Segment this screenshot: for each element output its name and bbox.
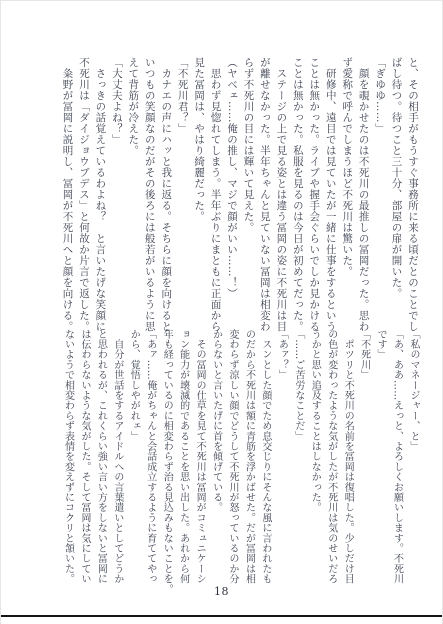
text-line: 年も経っているのに相変わらず治る見込みもないことを。 (158, 329, 174, 585)
text-line: の色が変わったような気がしたが不死川は気のせいだろ (322, 329, 338, 585)
text-line: から、覚悟しやがれェ」 (125, 329, 141, 585)
text-line: と思われるが、これくらい強い言い方をしないと冨岡に (92, 329, 108, 585)
text-line: 「ぎゆゆ……」 (372, 57, 388, 333)
text-line: ばし待つ。待つこと三十分、部屋の扉が開いた。 (388, 57, 404, 333)
text-line: 見た冨岡は、やはり綺麗だった。 (191, 57, 207, 333)
text-line: 「私のマネージャー、と」 (405, 329, 421, 585)
text-line: 顔を覗かせたのは不死川の最推しの冨岡だった。思わ (355, 57, 371, 333)
text-line: ないようで相変わらず表情を変えずにコクリと頷いた。 (59, 329, 75, 585)
text-line: （ヤベェ……俺の推し、マジで顔がいい……！） (224, 57, 240, 333)
text-line: 変わらず涼しい顔でどうして不死川が怒っているのか分 (224, 329, 240, 585)
text-line: 「あァ？」 (273, 329, 289, 585)
text-line: 思わず見惚れてしまう。半年ぶりにまともに正面から (207, 57, 223, 333)
text-line: えて背筋が冷えた。 (125, 57, 141, 333)
text-line: ステージの上で見る姿とは違う冨岡の姿に不死川は目 (273, 57, 289, 333)
text-line: カナエの声にハッと我に返る。そちらに顔を向けると (158, 57, 174, 333)
text-line: ポツリと不死川の名前を冨岡は復唱した。少しだけ目 (339, 329, 355, 585)
text-line: 粂野が冨岡に説明し、冨岡が不死川へと顔を向ける。 (59, 57, 75, 333)
text-line: 「不死川」 (355, 329, 371, 585)
text-line: ず愛称で呼んでしまうほど不死川は驚いた。 (339, 57, 355, 333)
text-line: ョン能力が壊滅的であることを思い出した。あれから何 (174, 329, 190, 585)
text-line: うかと思い追及することはしなかった。 (306, 329, 322, 585)
lower-text-block: 「私のマネージャー、と」「あ、ああ……えっと、よろしくお願いします。不死川です」… (59, 329, 421, 585)
text-line: のだから不死川は額に青筋を浮かばせた。だが冨岡は相 (240, 329, 256, 585)
upper-text-block: と、その相手がもうすぐ事務所に来る頃だとのことでしばし待つ。待つこと三十分、部屋… (59, 57, 421, 333)
text-line: ことは無かった。ライブや握手会ぐらいでしか見かける (306, 57, 322, 333)
bottom-rule (1, 615, 442, 618)
text-line: 「大丈夫よね？」 (108, 57, 124, 333)
text-line: その冨岡の仕草を見て不死川は冨岡がコミュニケーシ (191, 329, 207, 585)
page-number: 18 (1, 585, 442, 598)
text-line: 「不死川君？」 (174, 57, 190, 333)
text-line: 「……ご苦労なことだ」 (289, 329, 305, 585)
text-line: ことは無かった。私服を見るのは今日が初めてだった。 (289, 57, 305, 333)
text-line: 「あ、ああ……えっと、よろしくお願いします。不死川 (388, 329, 404, 585)
text-line: からないと言いたげに首を傾げている。 (207, 329, 223, 585)
text-line: は伝わらないような気がした。そして冨岡は気にしてい (75, 329, 91, 585)
text-line: いつもの笑顔なのだがその後ろには般若がいるように思 (141, 57, 157, 333)
text-line: です」 (372, 329, 388, 585)
novel-page: と、その相手がもうすぐ事務所に来る頃だとのことでしばし待つ。待つこと三十分、部屋… (0, 0, 443, 624)
text-line: さっきの話覚えているわよね？ と言いたげな笑顔に (92, 57, 108, 333)
text-line: 研修中、遠目では見ていたが一緒に仕事をするという (322, 57, 338, 333)
text-line: らず不死川の目には輝いて見えた。 (240, 57, 256, 333)
text-line: が離せなかった。半年ちゃんと見ていない冨岡は相変わ (256, 57, 272, 333)
text-line: 不死川は「ダイジョウブデス」と何故か片言で返した。 (75, 57, 91, 333)
text-line: と、その相手がもうすぐ事務所に来る頃だとのことでし (405, 57, 421, 333)
text-line: 「あァ……俺がちゃんと会話成立するように育ててやっ (141, 329, 157, 585)
text-line: スンとした顔でため息交じりにそんな風に言われたも (256, 329, 272, 585)
text-line: 自分が世話をするアイドルへの言葉遣いとしてどうか (108, 329, 124, 585)
